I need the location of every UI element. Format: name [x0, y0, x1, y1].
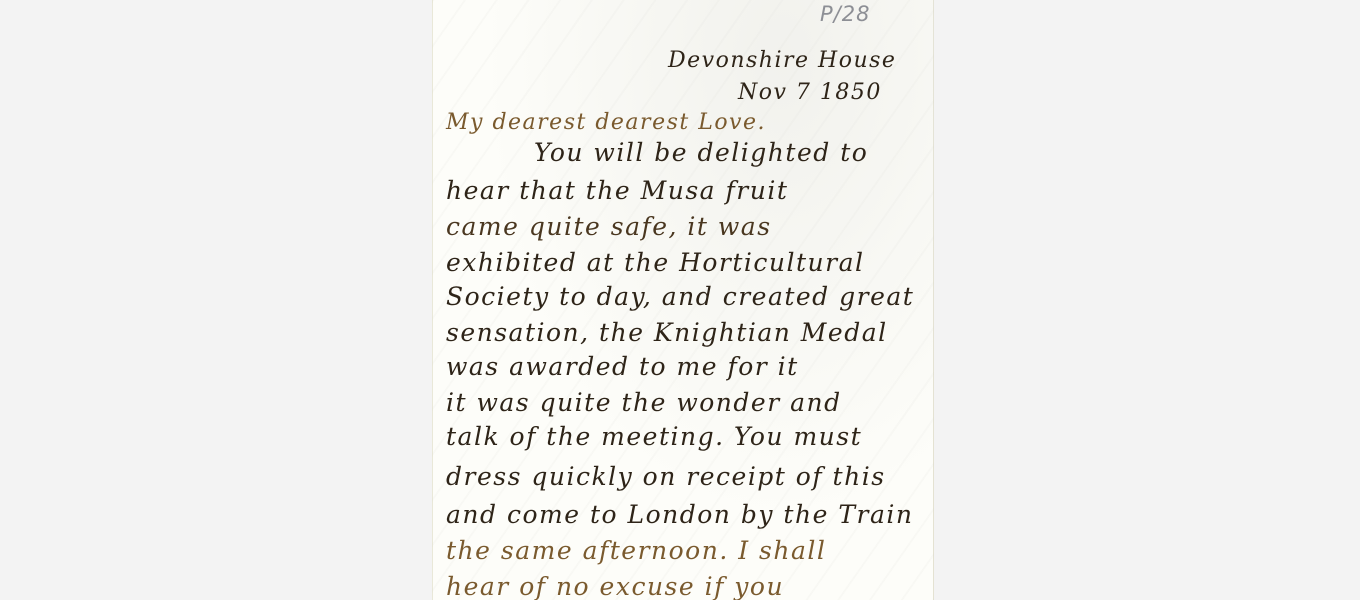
letter-line: the same afternoon. I shall	[446, 536, 826, 565]
letter-line: hear that the Musa fruit	[446, 176, 788, 205]
letter-line: was awarded to me for it	[446, 352, 799, 381]
letter-line: sensation, the Knightian Medal	[446, 318, 888, 347]
letter-address: Devonshire House	[668, 48, 896, 73]
document-viewer: P/28 Devonshire House Nov 7 1850 My dear…	[0, 0, 1360, 600]
letter-line: exhibited at the Horticultural	[446, 248, 865, 277]
letter-line: Society to day, and created great	[446, 282, 914, 311]
letter-line: You will be delighted to	[534, 138, 868, 167]
letter-line: and come to London by the Train	[446, 500, 913, 529]
letter-line: talk of the meeting. You must	[446, 422, 862, 451]
letter-date: Nov 7 1850	[738, 80, 882, 105]
letter-line: dress quickly on receipt of this	[446, 462, 886, 491]
letter-line: it was quite the wonder and	[446, 388, 842, 417]
letter-page: P/28 Devonshire House Nov 7 1850 My dear…	[432, 0, 934, 600]
letter-line: hear of no excuse if you	[446, 572, 784, 600]
letter-line: came quite safe, it was	[446, 212, 772, 241]
letter-salutation: My dearest dearest Love.	[446, 110, 766, 135]
archive-reference: P/28	[820, 2, 870, 26]
